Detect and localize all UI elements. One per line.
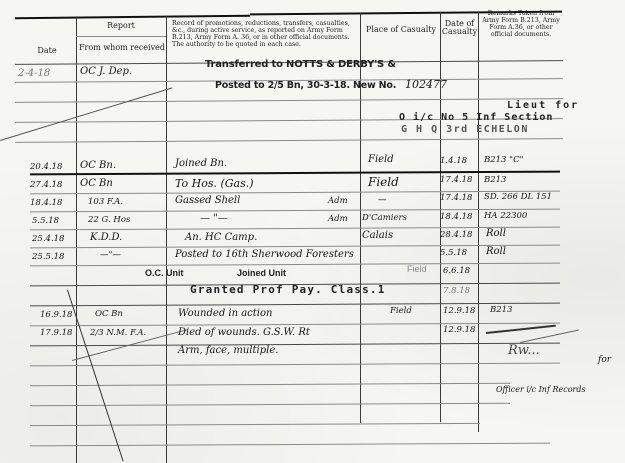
entry-7-cas-date: 6.6.18 [443, 266, 470, 276]
header-from-whom: From whom received [78, 44, 166, 52]
header-report: Report [76, 22, 166, 30]
entry-3-from: 103 F.A. [88, 197, 123, 207]
entry-1-record: Joined Bn. [175, 158, 227, 169]
col-divider-place [360, 13, 361, 423]
header-record: Record of promotions, reductions, transf… [172, 20, 356, 48]
entry-6-remarks: Roll [486, 246, 506, 257]
entry-2-cas-date: 17.4.18 [440, 175, 472, 185]
signature-for: for [598, 355, 611, 365]
header-cas-date: Date of Casualty [441, 20, 478, 36]
entry-5-place: Calais [362, 230, 393, 241]
row-rule [30, 303, 560, 307]
entry-2-date: 27.4.18 [30, 180, 62, 190]
row-rule [30, 191, 560, 195]
row-rule [30, 323, 560, 327]
entry-1-date: 20.4.18 [30, 162, 62, 172]
service-record-sheet: Report Date From whom received Record of… [0, 0, 625, 463]
entry-6-record: Posted to 16th Sherwood Foresters [175, 249, 354, 260]
entry-3-record-note: Adm [328, 196, 348, 206]
row-rule [30, 443, 550, 447]
prof-pay-stamp: Granted Prof Pay. Class.1 [190, 283, 386, 296]
remarks-strikeout [486, 325, 556, 334]
top-rule [15, 15, 250, 19]
header-place: Place of Casualty [362, 26, 440, 34]
entry-2-place: Field [368, 175, 399, 189]
new-number: 102477 [405, 78, 447, 91]
row-rule [30, 263, 560, 267]
row-rule [30, 209, 560, 213]
entry-9-record: Wounded in action [178, 308, 272, 319]
row-rule [30, 403, 510, 407]
row-rule [30, 383, 510, 387]
entry-0-from: OC J. Dep. [80, 66, 132, 77]
entry-3-place: — [378, 195, 387, 205]
entry-4-cas-date: 18.4.18 [440, 212, 472, 222]
row-rule [30, 227, 560, 231]
entry-3-date: 18.4.18 [30, 198, 62, 208]
entry-5-cas-date: 28.4.18 [440, 230, 472, 240]
header-sub-rule [76, 36, 166, 37]
row-rule [15, 138, 563, 143]
header-remarks: Remarks Taken from Army Form B.213, Army… [480, 10, 562, 38]
entry-1-from: OC Bn. [80, 160, 116, 171]
entry-5-from: K.D.D. [90, 232, 122, 243]
field-stamp: Field [407, 264, 427, 274]
entry-5-record: An. HC Camp. [185, 232, 257, 243]
entry-4-from: 22 G. Hos [88, 215, 130, 225]
entry-2-remarks: B213 [484, 175, 506, 185]
row-rule [30, 423, 480, 426]
entry-3-remarks: SD. 266 DL 151 [484, 192, 552, 202]
entry-8-cas-date: 7.8.18 [443, 286, 470, 296]
entry-4-record: — "— [200, 213, 228, 224]
col-divider-from [166, 16, 167, 463]
entry-10-from: 2/3 N.M. F.A. [90, 328, 146, 338]
entry-1-place: Field [368, 154, 394, 165]
row-rule [15, 98, 563, 103]
transfer-stamp-line1: Transferred to NOTTS & DERBY'S & [205, 59, 396, 70]
entry-4-remarks: HA 22300 [484, 211, 527, 221]
entry-6-date: 25.5.18 [32, 252, 64, 262]
signature-title: Officer i/c Inf Records [496, 385, 586, 394]
entry-3-cas-date: 17.4.18 [440, 193, 472, 203]
entry-10-date: 17.9.18 [40, 328, 72, 338]
signature-flourish [520, 330, 579, 343]
lieut-stamp-line2: O i/c No 5 Inf Section [399, 112, 553, 123]
entry-10-cas-date: 12.9.18 [443, 325, 475, 335]
entry-4-date: 5.5.18 [32, 216, 59, 226]
entry-9-cas-date: 12.9.18 [443, 306, 475, 316]
row-rule [30, 343, 560, 347]
lieut-stamp-line3: G H Q 3rd ECHELON [401, 124, 529, 135]
entry-0-date: 2-4-18 [18, 68, 50, 79]
row-rule [30, 363, 560, 367]
transfer-stamp-line2: Posted to 2/5 Bn, 30-3-18. New No. [215, 80, 396, 91]
diagonal-strike [0, 87, 172, 141]
entry-2-record: To Hos. (Gas.) [175, 177, 254, 190]
row-rule [30, 245, 560, 249]
entry-4-record-note: Adm [328, 214, 348, 224]
entry-10-record: Died of wounds. G.S.W. Rt [178, 327, 310, 338]
col-divider-date [76, 18, 77, 463]
header-date: Date [18, 47, 76, 55]
entry-5-date: 25.4.18 [32, 234, 64, 244]
entry-1-remarks: B213 "C" [484, 155, 524, 165]
entry-9-date: 16.9.18 [40, 310, 72, 320]
oc-unit-stamp: O.C. Unit [145, 268, 184, 278]
entry-3-record: Gassed Shell [175, 195, 240, 206]
entry-2-from: OC Bn [80, 178, 113, 189]
entry-9-place: Field [390, 306, 412, 316]
joined-unit-stamp: Joined Unit [237, 268, 286, 278]
entry-5-remarks: Roll [486, 228, 506, 239]
entry-6-from: —"— [100, 250, 121, 260]
entry-9-from: OC Bn [95, 309, 123, 319]
row-rule-heavy [30, 171, 560, 176]
signature: Rw... [508, 343, 540, 358]
col-divider-remarks [478, 12, 479, 432]
entry-4-place: D'Camiers [362, 213, 407, 223]
lieut-stamp-line1: Lieut for [507, 100, 579, 111]
entry-1-cas-date: 1.4.18 [440, 156, 467, 166]
entry-6-cas-date: 5.5.18 [440, 248, 467, 258]
entry-11-record: Arm, face, multiple. [178, 345, 278, 356]
entry-9-remarks: B213 [490, 305, 512, 315]
